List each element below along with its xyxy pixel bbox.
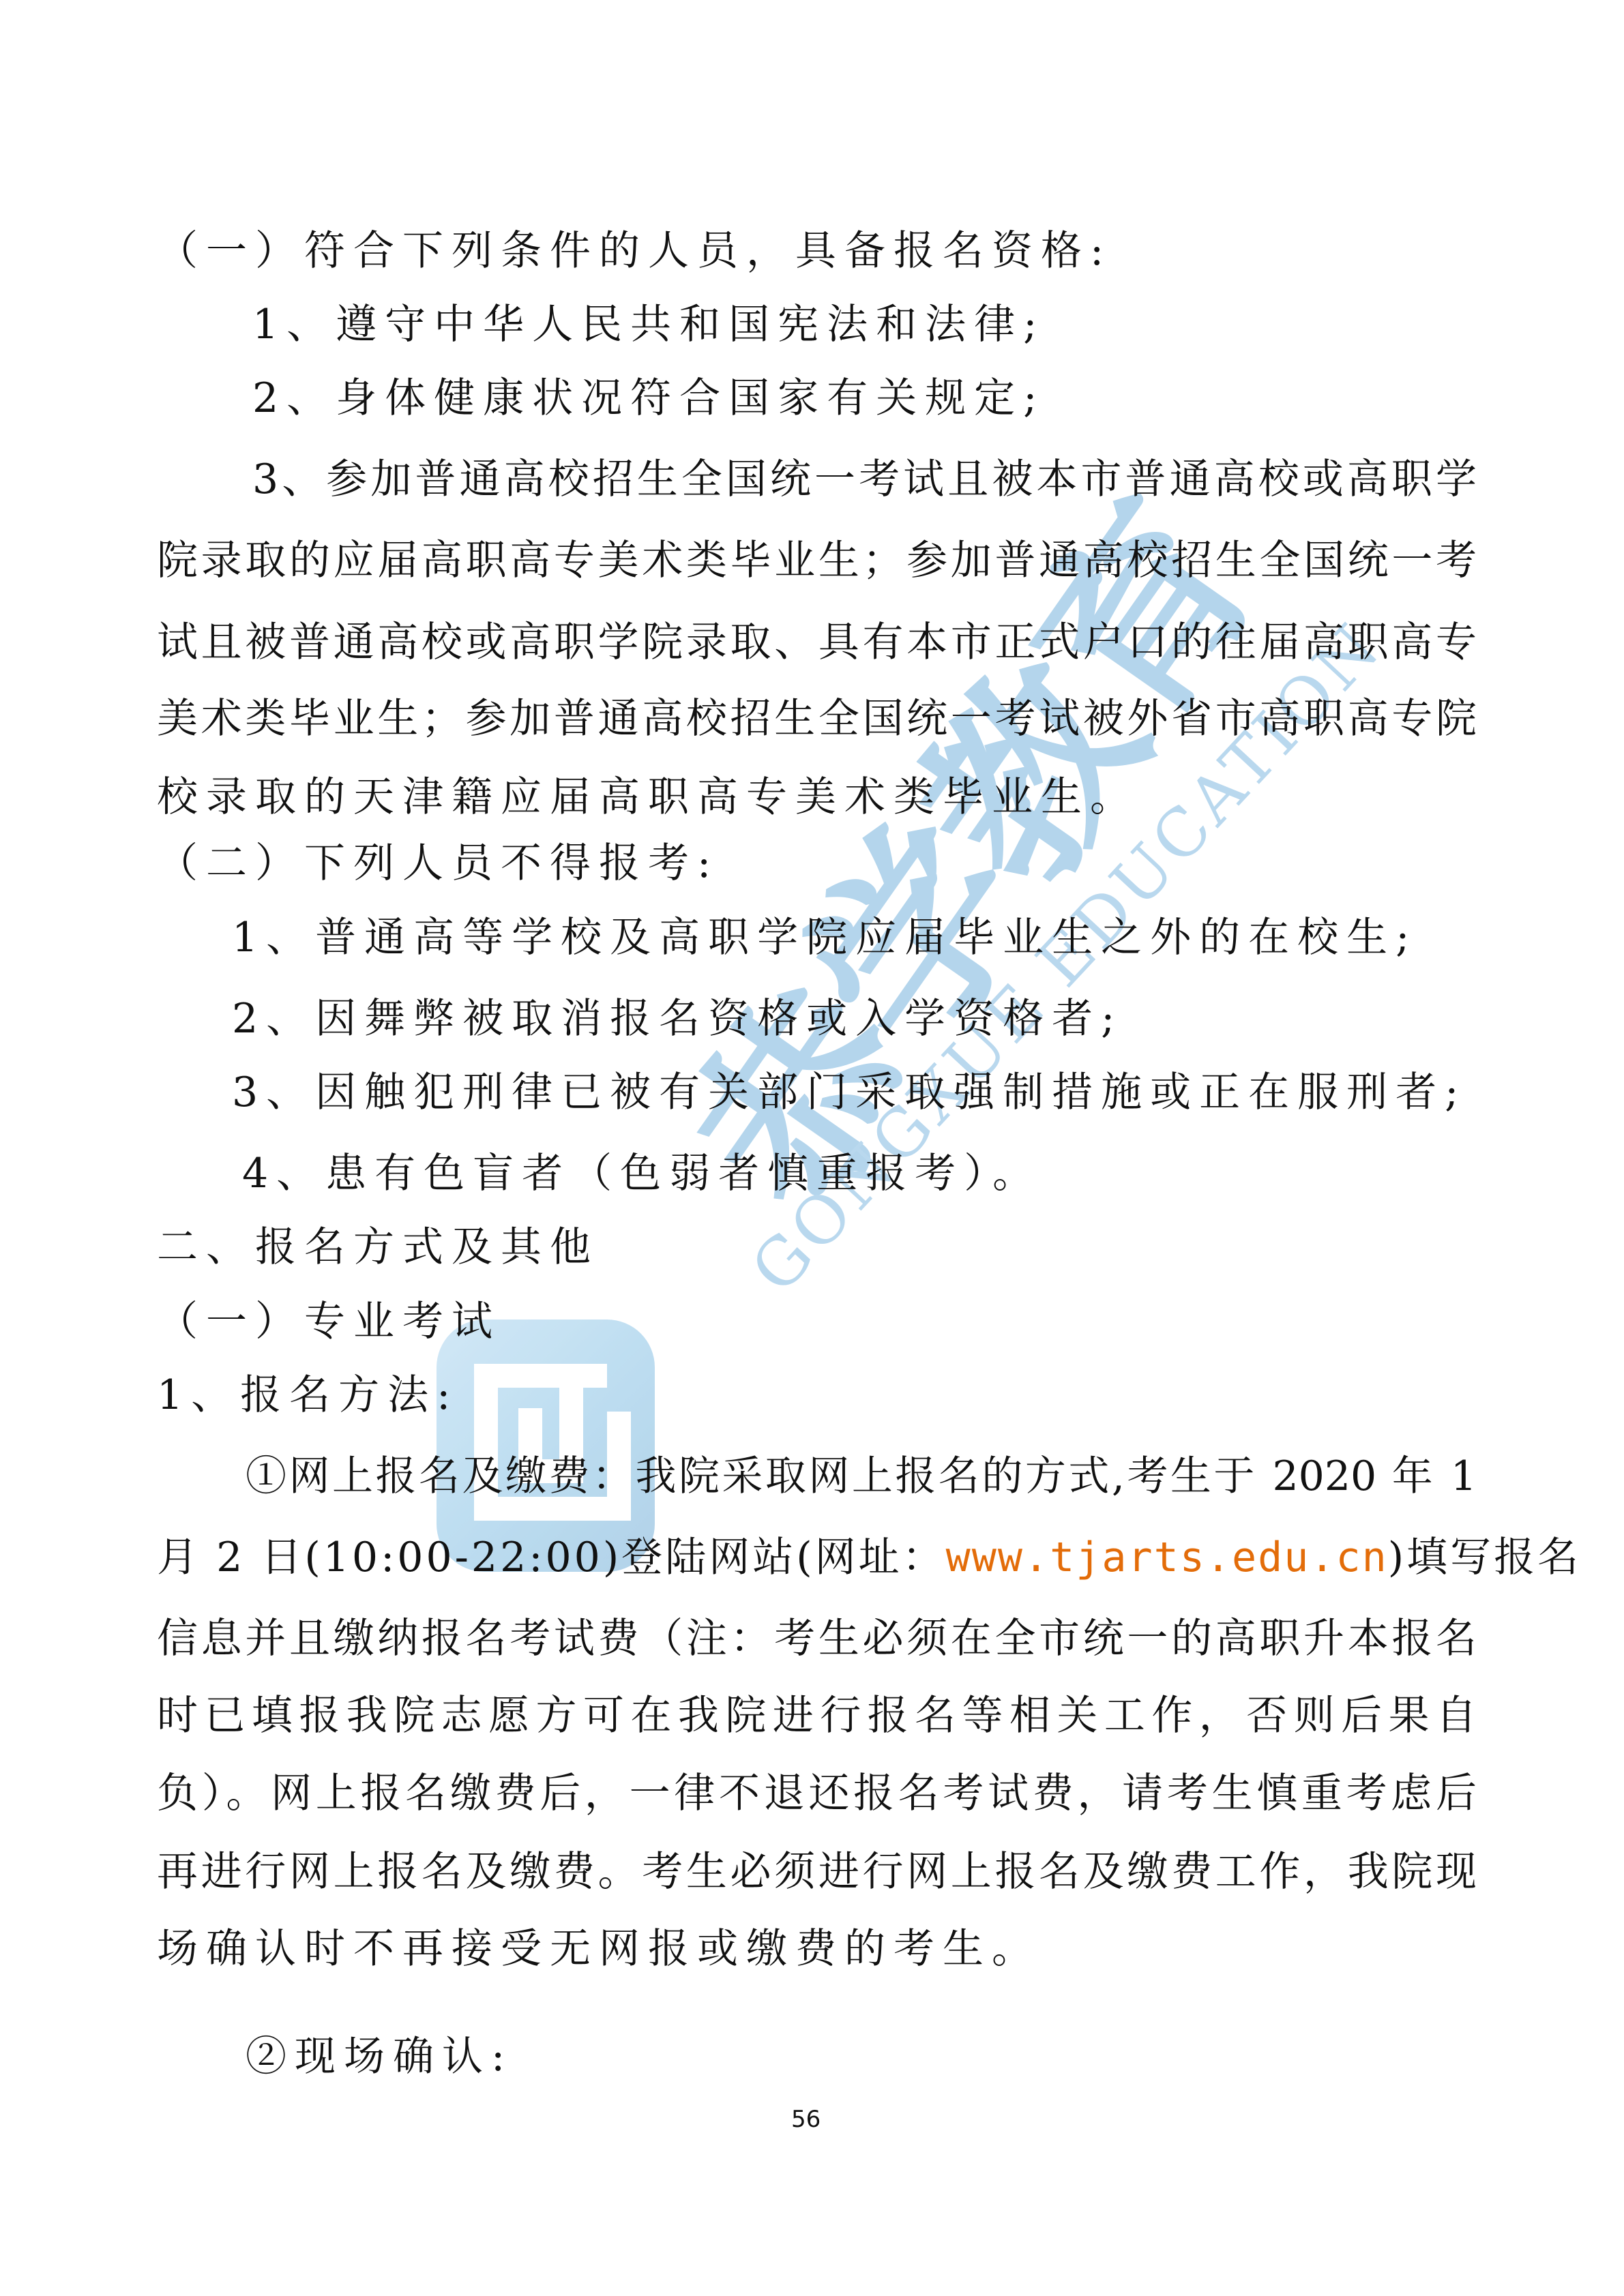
list-item: 3、因触犯刑律已被有关部门采取强制措施或正在服刑者; bbox=[232, 1065, 1552, 1120]
list-item: 4、患有色盲者（色弱者慎重报考）。 bbox=[242, 1146, 1562, 1201]
paragraph-line: 试且被普通高校或高职学院录取、具有本市正式户口的往届高职高专 bbox=[157, 615, 1477, 670]
url-suffix: )填写报名 bbox=[1388, 1534, 1581, 1581]
paragraph-line: 校录取的天津籍应届高职高专美术类毕业生。 bbox=[157, 770, 1477, 824]
paragraph-line: ①网上报名及缴费：我院采取网上报名的方式,考生于 2020 年 1 bbox=[246, 1449, 1477, 1504]
website-link[interactable]: www.tjarts.edu.cn bbox=[946, 1534, 1388, 1581]
subsection-heading-professional-exam: （一）专业考试 bbox=[157, 1294, 1477, 1349]
list-item: 1、遵守中华人民共和国宪法和法律; bbox=[252, 297, 1572, 352]
watermark-english: GONGXUE EDUCATION bbox=[735, 655, 1353, 1309]
section-heading-exclusions: （二）下列人员不得报考: bbox=[157, 836, 1477, 891]
section-heading-eligibility: （一）符合下列条件的人员，具备报名资格: bbox=[157, 224, 1477, 278]
document-page: 恭学教育 GONGXUE EDUCATION （一）符合下列条件的人员，具备报名… bbox=[0, 0, 1624, 2296]
paragraph-line: 美术类毕业生；参加普通高校招生全国统一考试被外省市高职高专院 bbox=[157, 691, 1477, 746]
paragraph-line-url: 月 2 日(10:00-22:00)登陆网站(网址：www.tjarts.edu… bbox=[157, 1530, 1477, 1585]
paragraph-line: 再进行网上报名及缴费。考生必须进行网上报名及缴费工作，我院现 bbox=[157, 1845, 1477, 1899]
list-item: 2、因舞弊被取消报名资格或入学资格者; bbox=[232, 992, 1552, 1046]
url-prefix: 月 2 日(10:00-22:00)登陆网站(网址： bbox=[157, 1534, 946, 1581]
list-item: 3、参加普通高校招生全国统一考试且被本市普通高校或高职学 bbox=[252, 452, 1477, 507]
paragraph-line: 信息并且缴纳报名考试费（注：考生必须在全市统一的高职升本报名 bbox=[157, 1611, 1477, 1666]
subsection-heading-onsite-confirmation: ②现场确认: bbox=[246, 2029, 1565, 2084]
list-item: 2、身体健康状况符合国家有关规定; bbox=[252, 371, 1572, 426]
section-heading-registration: 二、报名方式及其他 bbox=[157, 1220, 1477, 1274]
paragraph-line: 场确认时不再接受无网报或缴费的考生。 bbox=[157, 1922, 1477, 1976]
list-item: 1、普通高等学校及高职学院应届毕业生之外的在校生; bbox=[232, 910, 1552, 965]
paragraph-line: 院录取的应届高职高专美术类毕业生；参加普通高校招生全国统一考 bbox=[157, 533, 1477, 588]
paragraph-line: 负）。网上报名缴费后，一律不退还报名考试费，请考生慎重考虑后 bbox=[157, 1766, 1477, 1821]
page-number: 56 bbox=[791, 2106, 821, 2133]
subsection-heading-method: 1、报名方法: bbox=[157, 1368, 1477, 1422]
paragraph-line: 时已填报我院志愿方可在我院进行报名等相关工作，否则后果自 bbox=[157, 1688, 1477, 1743]
